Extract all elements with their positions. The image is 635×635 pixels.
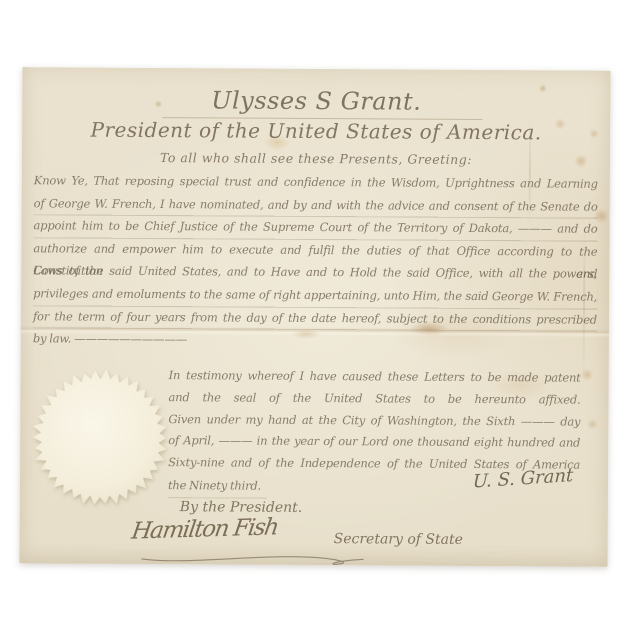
seal-scalloped-edge [32,369,167,505]
body-line: privileges and emoluments to the same of… [33,282,597,308]
secretary-of-state-label: Secretary of State [334,531,463,548]
body-line: by law. —————————— [33,327,597,353]
secretary-signature: Hamilton Fish [130,512,344,544]
salutation-line: To all who shall see these Presents, Gre… [22,149,610,168]
signature-flourish [137,551,367,566]
embossed-paper-seal [28,365,173,510]
document-subtitle: President of the United States of Americ… [22,117,610,145]
testimony-line: of April, ——— in the year of our Lord on… [168,430,580,454]
body-paragraph: Know Ye, That reposing special trust and… [33,169,598,353]
testimony-line: In testimony whereof I have caused these… [169,365,581,389]
photograph-background: Ulysses S Grant. President of the United… [0,0,635,635]
appointment-document: Ulysses S Grant. President of the United… [19,67,610,567]
body-line: Know Ye, That reposing special trust and… [34,169,598,195]
body-line: appoint him to be Chief Justice of the S… [33,214,597,240]
testimony-line: and the seal of the United States to be … [168,387,580,411]
foxing-stain [586,419,598,430]
testimony-line: Given under my hand at the City of Washi… [168,409,580,433]
page-title: Ulysses S Grant. [22,85,610,117]
testimony-line: the Ninety third. [168,475,267,497]
